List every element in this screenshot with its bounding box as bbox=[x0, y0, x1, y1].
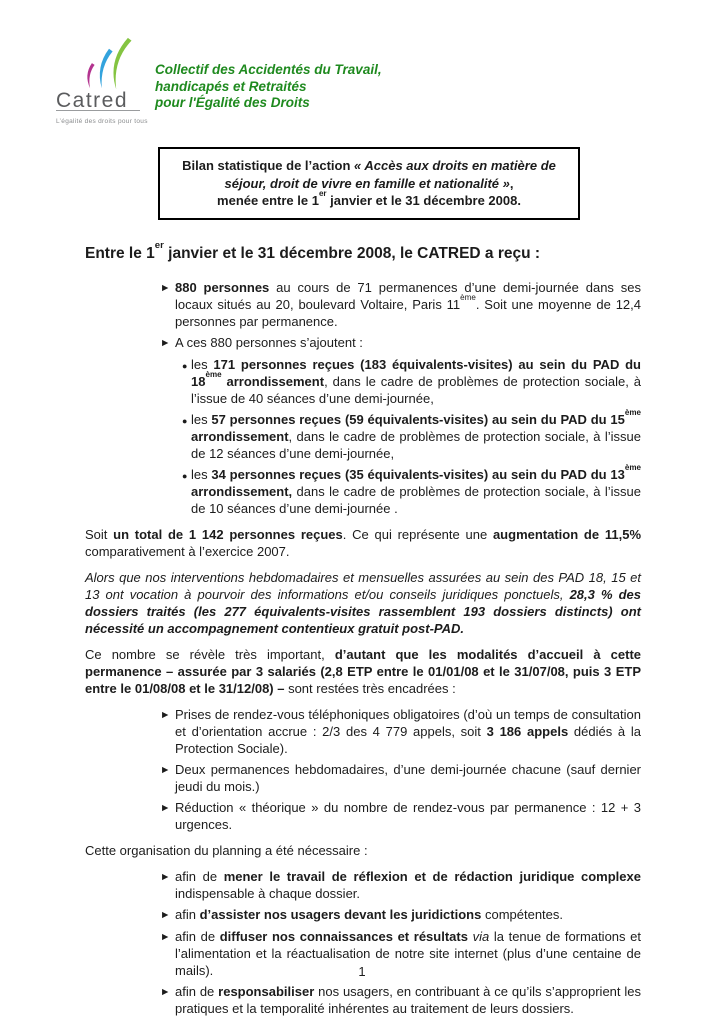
paragraph-modalites: Ce nombre se révèle très important, d’au… bbox=[85, 646, 641, 697]
bullet-text: Réduction « théorique » du nombre de ren… bbox=[175, 799, 641, 833]
arrow-bullet-icon: ► bbox=[160, 761, 175, 795]
dot-bullet-icon: ● bbox=[182, 411, 191, 462]
sub-bullet-text: les 57 personnes reçues (59 équivalents-… bbox=[191, 411, 641, 462]
sub-bullet-text: les 171 personnes reçues (183 équivalent… bbox=[191, 356, 641, 407]
dot-bullet-icon: ● bbox=[182, 466, 191, 517]
bullet-text: afin d’assister nos usagers devant les j… bbox=[175, 906, 641, 924]
bullet-item-reflexion: ► afin de mener le travail de réflexion … bbox=[85, 868, 641, 902]
logo-tagline: L’égalité des droits pour tous bbox=[56, 113, 148, 130]
paragraph-planning: Cette organisation du planning a été néc… bbox=[85, 842, 641, 859]
paragraph-analysis: Alors que nos interventions hebdomadaire… bbox=[85, 569, 641, 637]
bullet-item-permanences: ► Deux permanences hebdomadaires, d’une … bbox=[85, 761, 641, 795]
document-page: Catred L’égalité des droits pour tous Co… bbox=[0, 0, 724, 1024]
sub-bullet-item-pad18: ● les 171 personnes reçues (183 équivale… bbox=[85, 356, 641, 407]
bullet-text: Deux permanences hebdomadaires, d’une de… bbox=[175, 761, 641, 795]
bullet-item-responsabiliser: ► afin de responsabiliser nos usagers, e… bbox=[85, 983, 641, 1017]
logo-wordmark: Catred bbox=[56, 92, 140, 111]
bullet-text: afin de mener le travail de réflexion et… bbox=[175, 868, 641, 902]
org-title: Collectif des Accidentés du Travail, han… bbox=[155, 62, 382, 112]
arrow-bullet-icon: ► bbox=[160, 983, 175, 1017]
bullet-text: afin de responsabiliser nos usagers, en … bbox=[175, 983, 641, 1017]
sub-bullet-item-pad15: ● les 57 personnes reçues (59 équivalent… bbox=[85, 411, 641, 462]
bullet-item-ajoutent: ► A ces 880 personnes s’ajoutent : bbox=[85, 334, 641, 352]
logo-blades-icon bbox=[82, 34, 136, 94]
title-box: Bilan statistique de l’action « Accès au… bbox=[158, 147, 580, 220]
sub-bullet-text: les 34 personnes reçues (35 équivalents-… bbox=[191, 466, 641, 517]
page-number: 1 bbox=[0, 963, 724, 980]
bullet-text: A ces 880 personnes s’ajoutent : bbox=[175, 334, 641, 352]
main-heading: Entre le 1er janvier et le 31 décembre 2… bbox=[85, 244, 641, 263]
paragraph-total: Soit un total de 1 142 personnes reçues.… bbox=[85, 526, 641, 560]
bullet-text: 880 personnes au cours de 71 permanences… bbox=[175, 279, 641, 330]
arrow-bullet-icon: ► bbox=[160, 799, 175, 833]
arrow-bullet-icon: ► bbox=[160, 279, 175, 330]
bullet-item-assister: ► afin d’assister nos usagers devant les… bbox=[85, 906, 641, 924]
arrow-bullet-icon: ► bbox=[160, 334, 175, 352]
bullet-item-reduction: ► Réduction « théorique » du nombre de r… bbox=[85, 799, 641, 833]
arrow-bullet-icon: ► bbox=[160, 868, 175, 902]
dot-bullet-icon: ● bbox=[182, 356, 191, 407]
arrow-bullet-icon: ► bbox=[160, 906, 175, 924]
catred-logo: Catred L’égalité des droits pour tous bbox=[56, 34, 148, 130]
bullet-item-880: ► 880 personnes au cours de 71 permanenc… bbox=[85, 279, 641, 330]
arrow-bullet-icon: ► bbox=[160, 706, 175, 757]
bullet-text: Prises de rendez-vous téléphoniques obli… bbox=[175, 706, 641, 757]
sub-bullet-item-pad13: ● les 34 personnes reçues (35 équivalent… bbox=[85, 466, 641, 517]
document-body: Entre le 1er janvier et le 31 décembre 2… bbox=[85, 244, 641, 1021]
bullet-item-rdv: ► Prises de rendez-vous téléphoniques ob… bbox=[85, 706, 641, 757]
